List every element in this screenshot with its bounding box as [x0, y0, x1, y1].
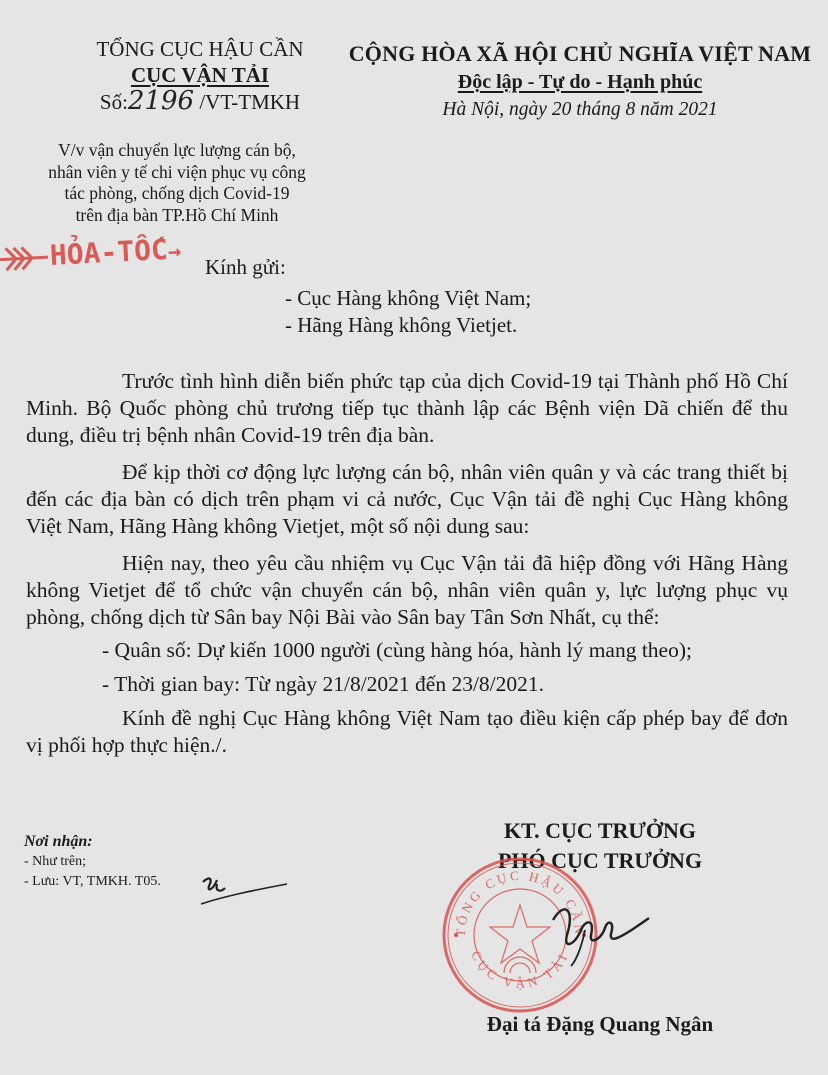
- paragraph: Hiện nay, theo yêu cầu nhiệm vụ Cục Vận …: [26, 550, 788, 631]
- recipient-list: - Cục Hàng không Việt Nam; - Hãng Hàng k…: [285, 285, 531, 339]
- initials-mark-icon: [195, 870, 290, 910]
- handwritten-signature-icon: [545, 890, 655, 970]
- arrow-head-icon: →: [167, 239, 182, 265]
- national-header: CỘNG HÒA XÃ HỘI CHỦ NGHĨA VIỆT NAM Độc l…: [340, 40, 820, 96]
- handwritten-number: 2196: [128, 86, 194, 116]
- paragraph: Để kịp thời cơ động lực lượng cán bộ, nh…: [26, 459, 788, 540]
- distribution-item: - Như trên;: [24, 852, 161, 872]
- arrow-tail-icon: [0, 242, 51, 275]
- recipient: - Cục Hàng không Việt Nam;: [285, 285, 531, 312]
- nation-title: CỘNG HÒA XÃ HỘI CHỦ NGHĨA VIỆT NAM: [340, 40, 820, 68]
- subject-summary: V/v vận chuyển lực lượng cán bộ, nhân vi…: [22, 140, 332, 226]
- letter-body: Trước tình hình diễn biến phức tạp của d…: [26, 368, 788, 769]
- distribution-item: - Lưu: VT, TMKH. T05.: [24, 872, 161, 892]
- distribution-title: Nơi nhận:: [24, 832, 161, 852]
- date-line: Hà Nội, ngày 20 tháng 8 năm 2021: [340, 99, 820, 121]
- issuing-agency-header: TỔNG CỤC HẬU CẦN CỤC VẬN TẢI Số:2196 /VT…: [20, 36, 380, 115]
- recipient: - Hãng Hàng không Vietjet.: [285, 312, 531, 339]
- national-motto: Độc lập - Tự do - Hạnh phúc: [340, 68, 820, 96]
- detail-item: - Quân số: Dự kiến 1000 người (cùng hàng…: [26, 637, 788, 664]
- closing-paragraph: Kính đề nghị Cục Hàng không Việt Nam tạo…: [26, 705, 788, 759]
- agency-name: CỤC VẬN TẢI: [20, 62, 380, 88]
- parent-agency: TỔNG CỤC HẬU CẦN: [20, 36, 380, 62]
- distribution-list: Nơi nhận: - Như trên; - Lưu: VT, TMKH. T…: [24, 832, 161, 892]
- urgent-stamp: HỎA-TỐC→: [0, 230, 216, 281]
- greeting: Kính gửi:: [205, 255, 286, 280]
- paragraph: Trước tình hình diễn biến phức tạp của d…: [26, 368, 788, 449]
- detail-item: - Thời gian bay: Từ ngày 21/8/2021 đến 2…: [26, 671, 788, 698]
- document-number: Số:2196 /VT-TMKH: [20, 88, 380, 115]
- signer-name: Đại tá Đặng Quang Ngân: [430, 1012, 770, 1037]
